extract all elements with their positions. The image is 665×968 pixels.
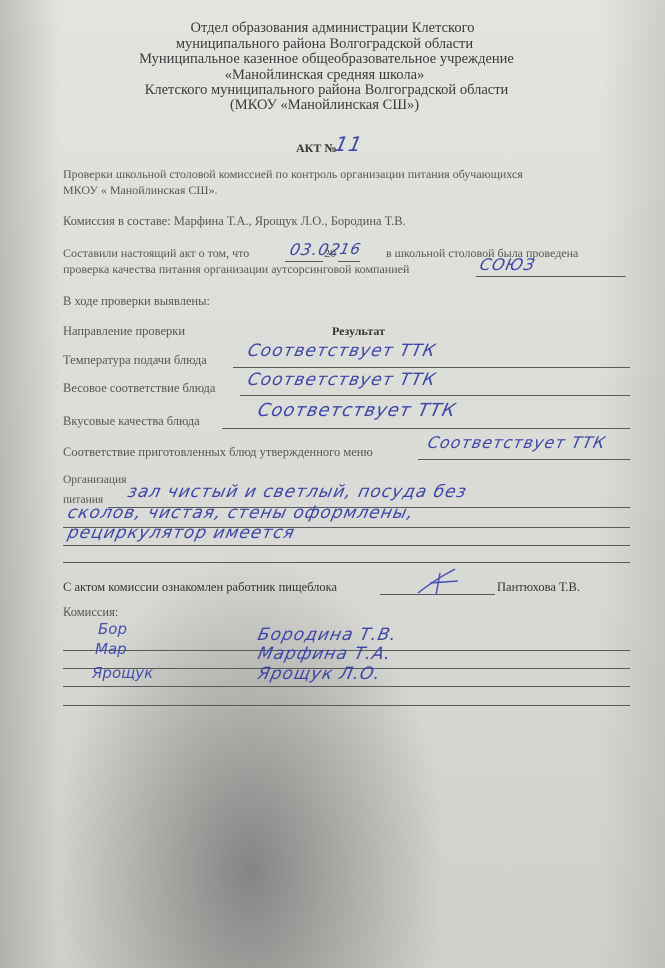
check-label-menu: Соответствие приготовленных блюд утвержд…	[63, 445, 373, 460]
org-line	[63, 545, 630, 546]
acknowledge-name: Пантюхова Т.В.	[497, 580, 580, 595]
row-line	[240, 395, 630, 396]
company-handwritten: СОЮЗ	[478, 255, 537, 274]
commission-signature-2: Мар	[95, 640, 127, 658]
check-label-temperature: Температура подачи блюда	[63, 353, 207, 368]
commission-name-1: Бородина Т.В.	[256, 625, 399, 645]
commission-line	[63, 705, 630, 706]
commission-composition: Комиссия в составе: Марфина Т.А., Ярощук…	[63, 214, 406, 229]
commission-label: Комиссия:	[63, 605, 118, 620]
year-prefix: 20	[324, 246, 336, 261]
document-paper: Отдел образования администрации Клетског…	[0, 0, 665, 968]
row-line	[233, 367, 630, 368]
org-line	[63, 562, 630, 563]
commission-signature-3: Ярощук	[92, 664, 153, 682]
acknowledge-text: С актом комиссии ознакомлен работник пищ…	[63, 580, 337, 595]
company-prefix: проверка качества питания организации ау…	[63, 262, 409, 277]
col-result: Результат	[332, 324, 385, 339]
intro-line-2: МКОУ « Манойлинская СШ».	[63, 183, 217, 198]
intro-line-1: Проверки школьной столовой комиссией по …	[63, 167, 523, 182]
act-title: АКТ №	[296, 141, 336, 156]
organization-line-2: сколов, чистая, стены оформлены,	[66, 503, 416, 523]
check-result-menu: Соответствует ТТК	[426, 433, 608, 452]
check-result-temperature: Соответствует ТТК	[246, 341, 438, 361]
check-label-weight: Весовое соответствие блюда	[63, 381, 215, 396]
check-label-taste: Вкусовые качества блюда	[63, 414, 200, 429]
organization-line-3: рециркулятор имеется	[66, 523, 297, 543]
header-line-3: Муниципальное казенное общеобразовательн…	[0, 51, 659, 68]
company-underline	[476, 276, 626, 277]
commission-line	[63, 686, 630, 687]
found-label: В ходе проверки выявлены:	[63, 294, 210, 309]
year-handwritten: 16	[338, 240, 363, 258]
row-line	[222, 428, 630, 429]
header-line-1: Отдел образования администрации Клетског…	[0, 20, 665, 37]
act-number: 11	[332, 132, 365, 156]
signature-icon	[410, 565, 470, 600]
check-result-weight: Соответствует ТТК	[246, 370, 438, 390]
composed-prefix: Составили настоящий акт о том, что	[63, 246, 249, 261]
organization-line-1: зал чистый и светлый, посуда без	[126, 482, 469, 502]
commission-signature-1: Бор	[98, 620, 127, 638]
commission-name-3: Ярощук Л.О.	[256, 664, 383, 684]
col-direction: Направление проверки	[63, 324, 185, 339]
organization-label-1: Организация	[63, 474, 126, 486]
header-line-6: (МКОУ «Манойлинская СШ»)	[0, 97, 657, 114]
check-result-taste: Соответствует ТТК	[256, 400, 458, 421]
commission-name-2: Марфина Т.А.	[256, 644, 393, 664]
row-line	[418, 459, 630, 460]
